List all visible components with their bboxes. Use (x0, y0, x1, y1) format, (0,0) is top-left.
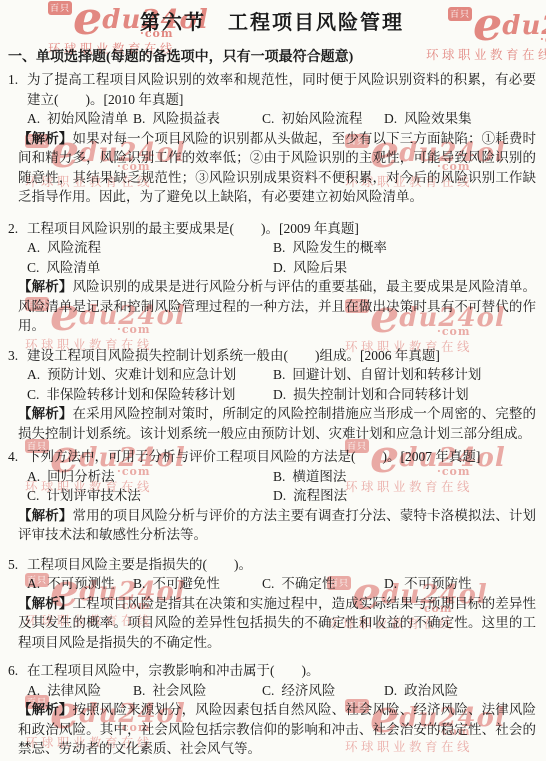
question-number: 3. (8, 346, 18, 366)
analysis-label: 【解析】 (18, 131, 73, 146)
question-6: 6. 在工程项目风险中，宗教影响和冲击属于( )。 A.法律风险 B.社会风险 … (8, 661, 536, 759)
question-number: 2. (8, 219, 18, 239)
option-b: B.不可避免性 (133, 574, 262, 594)
option-b: B.风险损益表 (133, 109, 262, 129)
question-4: 4. 下列方法中，可用于分析与评价工程项目风险的方法是( )。[2007 年真题… (8, 447, 536, 545)
question-stem: 下列方法中，可用于分析与评价工程项目风险的方法是( )。[2007 年真题] (27, 447, 536, 467)
option-b: B.风险发生的概率 (273, 238, 536, 258)
options-grid: A.回归分析法 B.横道图法 C.计划评审技术法 D.流程图法 (27, 467, 536, 506)
option-a: A.初始风险清单 (27, 109, 133, 129)
options-row: A.不可预测性 B.不可避免性 C.不确定性 D.不可预防性 (27, 574, 536, 594)
option-d: D.政治风险 (384, 681, 536, 701)
option-c: C.经济风险 (262, 681, 384, 701)
question-stem: 建设工程项目风险损失控制计划系统一般由( )组成。[2006 年真题] (27, 346, 536, 366)
option-d: D.风险效果集 (384, 109, 536, 129)
options-grid: A.预防计划、灾难计划和应急计划 B.回避计划、自留计划和转移计划 C.非保险转… (27, 365, 536, 404)
option-b: B.社会风险 (133, 681, 262, 701)
option-a: A.预防计划、灾难计划和应急计划 (27, 365, 273, 385)
question-stem: 工程项目风险主要是指损失的( )。 (27, 555, 536, 575)
analysis: 【解析】在采用风险控制对策时，所制定的风险控制措施应当形成一个周密的、完整的损失… (18, 404, 536, 443)
question-number: 4. (8, 447, 18, 467)
question-number: 6. (8, 661, 18, 681)
analysis: 【解析】常用的项目风险分析与评价的方法主要有调查打分法、蒙特卡洛模拟法、计划评审… (18, 506, 536, 545)
analysis: 【解析】风险识别的成果是进行风险分析与评估的重要基础，最主要成果是风险清单。风险… (18, 277, 536, 336)
options-grid: A.风险流程 B.风险发生的概率 C.风险清单 D.风险后果 (27, 238, 536, 277)
option-a: A.法律风险 (27, 681, 133, 701)
option-c: C.风险清单 (27, 258, 273, 278)
question-stem: 在工程项目风险中，宗教影响和冲击属于( )。 (27, 661, 536, 681)
analysis-text: 工程项目风险是指其在决策和实施过程中，造成实际结果与预期目标的差异性及其发生的概… (18, 596, 536, 650)
analysis-text: 按照风险来源划分，风险因素包括自然风险、社会风险、经济风险、法律风险和政治风险。… (18, 702, 536, 756)
option-d: D.流程图法 (273, 486, 536, 506)
question-2: 2. 工程项目风险识别的最主要成果是( )。[2009 年真题] A.风险流程 … (8, 219, 536, 336)
option-d: D.不可预防性 (384, 574, 536, 594)
page-title: 第六节 工程项目风险管理 (8, 6, 536, 35)
option-a: A.回归分析法 (27, 467, 273, 487)
options-row: A.初始风险清单 B.风险损益表 C.初始风险流程 D.风险效果集 (27, 109, 536, 129)
option-b: B.横道图法 (273, 467, 536, 487)
analysis-label: 【解析】 (18, 406, 73, 421)
analysis-label: 【解析】 (18, 596, 73, 611)
option-c: C.不确定性 (262, 574, 384, 594)
question-stem: 为了提高工程项目风险识别的效率和规范性，同时便于风险识别资料的积累，有必要建立(… (27, 70, 536, 109)
option-d: D.风险后果 (273, 258, 536, 278)
analysis: 【解析】按照风险来源划分，风险因素包括自然风险、社会风险、经济风险、法律风险和政… (18, 700, 536, 759)
analysis-label: 【解析】 (18, 508, 73, 523)
options-row: A.法律风险 B.社会风险 C.经济风险 D.政治风险 (27, 681, 536, 701)
option-d: D.损失控制计划和合同转移计划 (273, 385, 536, 405)
analysis-text: 在采用风险控制对策时，所制定的风险控制措施应当形成一个周密的、完整的损失控制计划… (18, 406, 536, 441)
analysis-label: 【解析】 (18, 702, 73, 717)
option-c: C.初始风险流程 (262, 109, 384, 129)
question-5: 5. 工程项目风险主要是指损失的( )。 A.不可预测性 B.不可避免性 C.不… (8, 555, 536, 653)
option-b: B.回避计划、自留计划和转移计划 (273, 365, 536, 385)
option-c: C.非保险转移计划和保险转移计划 (27, 385, 273, 405)
analysis-text: 风险识别的成果是进行风险分析与评估的重要基础，最主要成果是风险清单。风险清单是记… (18, 279, 536, 333)
exam-page: 百只edu24ol ·com 环球职业教育在线 百只edu24ol ·com 环… (0, 0, 546, 761)
analysis: 【解析】工程项目风险是指其在决策和实施过程中，造成实际结果与预期目标的差异性及其… (18, 594, 536, 653)
analysis-text: 如果对每一个项目风险的识别都从头做起，至少有以下三方面缺陷：①耗费时间和精力多，… (18, 131, 536, 205)
question-number: 1. (8, 70, 18, 90)
option-a: A.不可预测性 (27, 574, 133, 594)
analysis-text: 常用的项目风险分析与评价的方法主要有调查打分法、蒙特卡洛模拟法、计划评审技术法和… (18, 508, 536, 543)
question-number: 5. (8, 555, 18, 575)
question-1: 1. 为了提高工程项目风险识别的效率和规范性，同时便于风险识别资料的积累，有必要… (8, 70, 536, 207)
analysis: 【解析】如果对每一个项目风险的识别都从头做起，至少有以下三方面缺陷：①耗费时间和… (18, 129, 536, 207)
question-stem: 工程项目风险识别的最主要成果是( )。[2009 年真题] (27, 219, 536, 239)
option-c: C.计划评审技术法 (27, 486, 273, 506)
section-heading: 一、单项选择题(每题的备选项中，只有一项最符合题意) (8, 46, 536, 66)
analysis-label: 【解析】 (18, 279, 73, 294)
page-content: 第六节 工程项目风险管理 一、单项选择题(每题的备选项中，只有一项最符合题意) … (0, 0, 546, 759)
option-a: A.风险流程 (27, 238, 273, 258)
question-3: 3. 建设工程项目风险损失控制计划系统一般由( )组成。[2006 年真题] A… (8, 346, 536, 444)
